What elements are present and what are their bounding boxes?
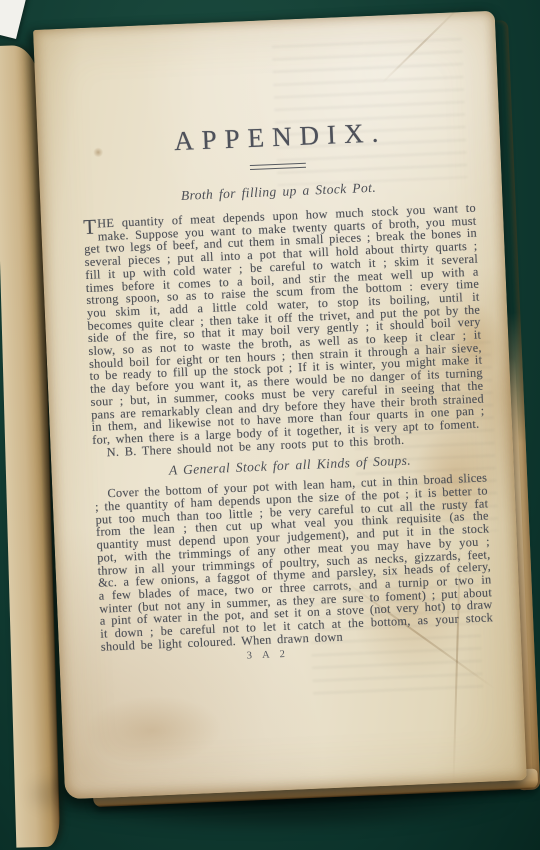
section1-text: HE quantity of meat depends upon how muc… <box>84 201 485 447</box>
book: APPENDIX. Broth for filling up a Stock P… <box>33 11 527 800</box>
book-page: APPENDIX. Broth for filling up a Stock P… <box>33 11 527 800</box>
drop-initial: T <box>83 217 98 236</box>
page-content: APPENDIX. Broth for filling up a Stock P… <box>75 12 500 798</box>
section2-paragraph: Cover the bottom of your pot with lean h… <box>94 472 494 653</box>
white-corner-sliver <box>0 0 27 39</box>
double-rule <box>249 163 305 170</box>
page-title: APPENDIX. <box>79 114 473 161</box>
section1-paragraph: THE quantity of meat depends upon how mu… <box>83 202 485 447</box>
photo-backdrop: APPENDIX. Broth for filling up a Stock P… <box>0 0 540 850</box>
